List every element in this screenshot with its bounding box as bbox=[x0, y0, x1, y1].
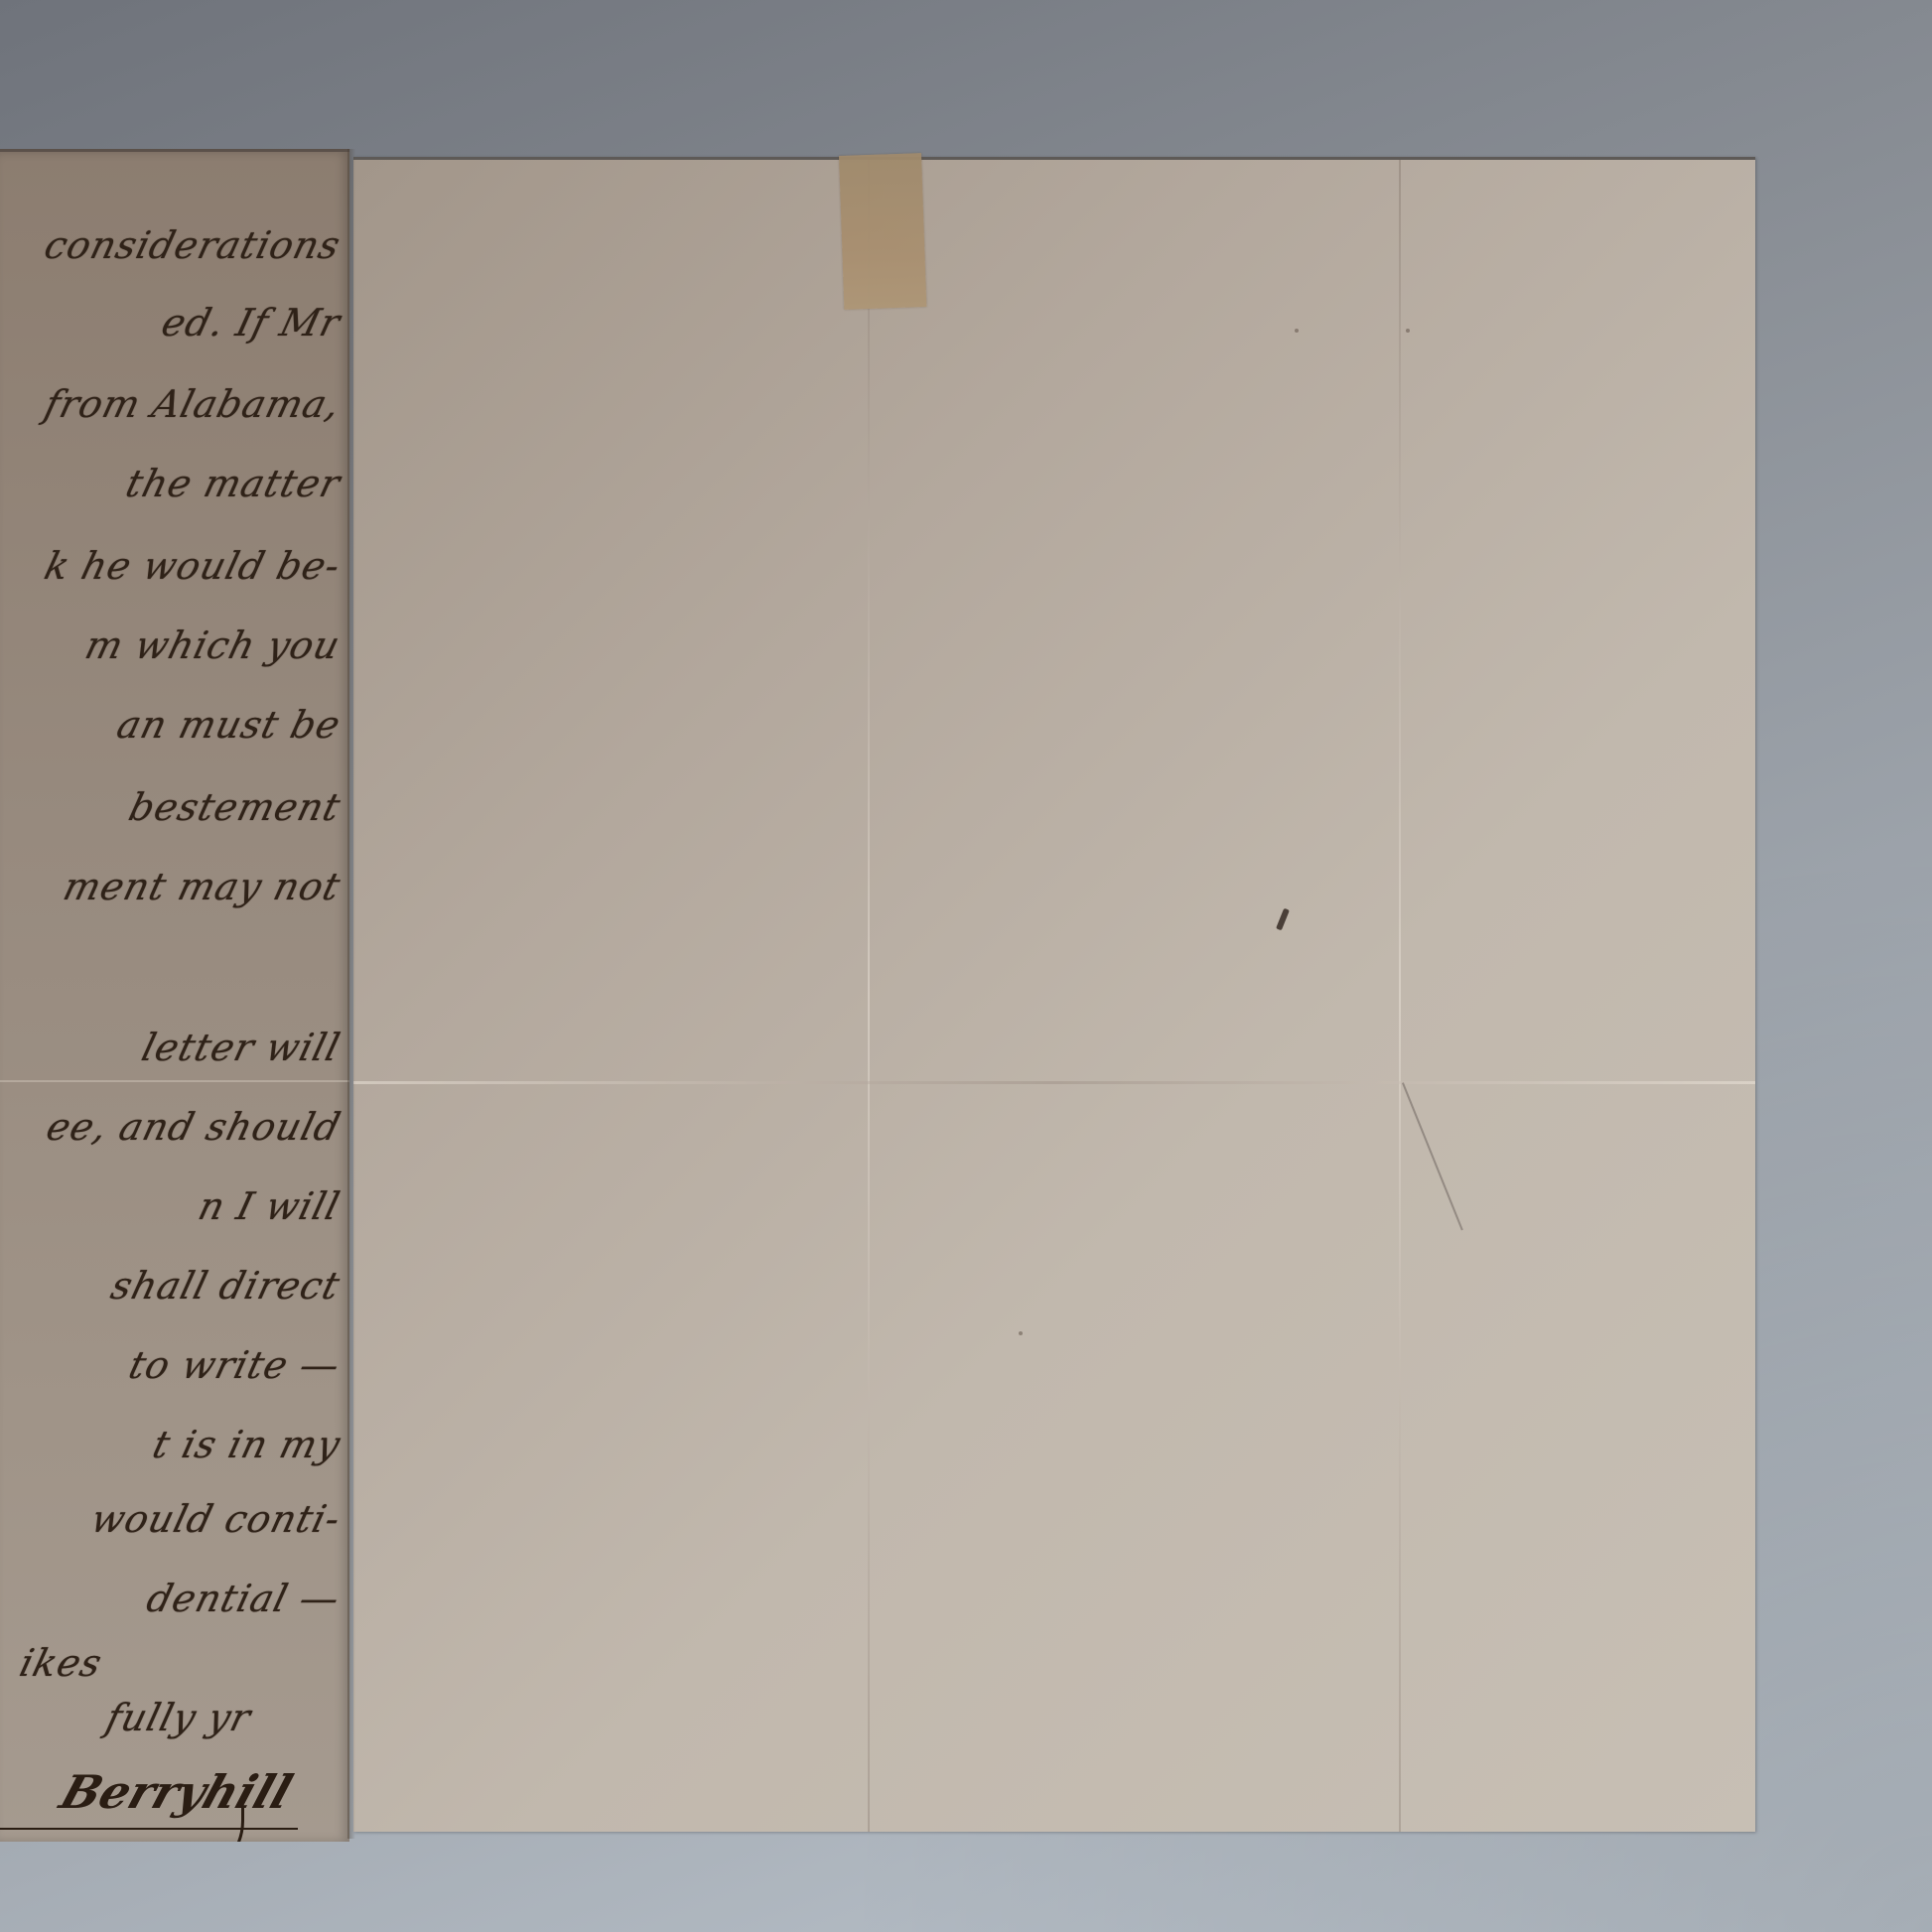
fold-line-vertical-left bbox=[868, 160, 870, 1832]
handwriting-line: t is in my bbox=[148, 1423, 345, 1466]
handwriting-line: bestement bbox=[124, 785, 345, 829]
fold-line-vertical-right bbox=[1399, 160, 1401, 1832]
handwriting-line: ee, and should bbox=[42, 1105, 345, 1149]
handwriting-line: from Alabama, bbox=[40, 382, 345, 426]
handwriting-line: an must be bbox=[112, 703, 345, 747]
paper-speck bbox=[1019, 1331, 1023, 1335]
handwriting-line: considerations bbox=[40, 223, 345, 267]
handwriting-line: would conti- bbox=[86, 1497, 345, 1541]
fold-line-horizontal bbox=[353, 1081, 1755, 1084]
handwriting-line: k he would be- bbox=[40, 544, 345, 588]
page-gutter bbox=[347, 149, 355, 1839]
paper-speck bbox=[1295, 329, 1299, 333]
handwriting-line: letter will bbox=[138, 1026, 345, 1069]
handwriting-line: shall direct bbox=[107, 1264, 345, 1308]
closing-line: fully yr bbox=[101, 1696, 255, 1739]
masking-tape bbox=[839, 153, 926, 310]
handwriting-line: dential — bbox=[143, 1577, 345, 1620]
paper-crack bbox=[1402, 1082, 1463, 1230]
signature-flourish bbox=[129, 1808, 244, 1842]
handwriting-line: the matter bbox=[121, 462, 345, 505]
letter-page-written: considerations ed. If Mr from Alabama, t… bbox=[0, 149, 349, 1842]
letter-page-blank bbox=[353, 157, 1755, 1832]
handwriting-line: to write — bbox=[125, 1343, 345, 1387]
handwriting-line: ment may not bbox=[59, 865, 345, 908]
handwriting-line: m which you bbox=[81, 623, 345, 667]
paper-speck bbox=[1406, 329, 1410, 333]
fold-line-horizontal bbox=[0, 1080, 349, 1082]
handwriting-line: ed. If Mr bbox=[157, 301, 345, 345]
handwriting-line: n I will bbox=[195, 1184, 345, 1228]
handwriting-line: ikes bbox=[15, 1641, 106, 1685]
